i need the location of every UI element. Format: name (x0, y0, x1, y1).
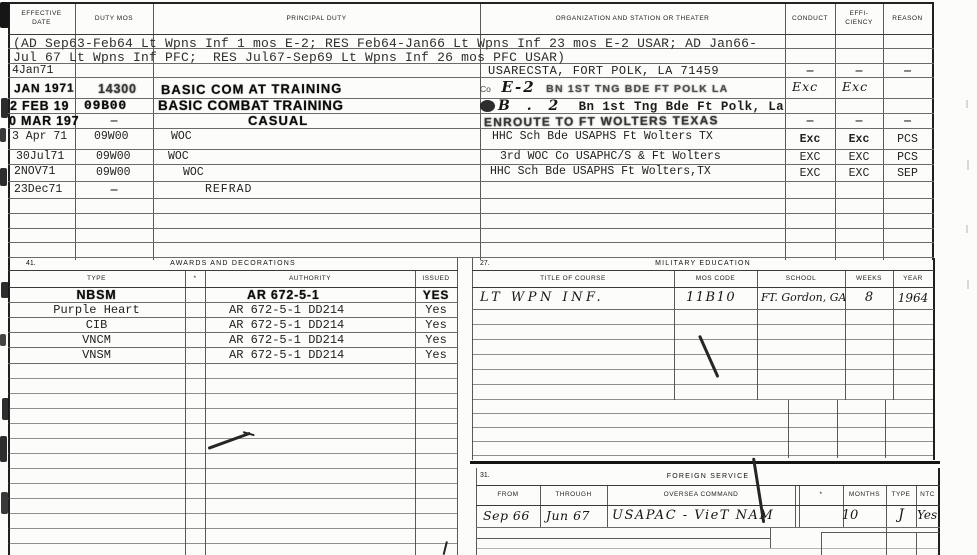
assignments-table: EFFECTIVE DATE DUTY MOS PRINCIPAL DUTY O… (8, 2, 934, 260)
cell-conduct: – (785, 114, 835, 128)
grid-line (821, 532, 822, 555)
col-header-efficiency: EFFI- CIENCY (835, 4, 883, 34)
empty-row (8, 243, 934, 258)
cell-efficiency: – (835, 64, 883, 77)
grid-line (770, 528, 771, 548)
cell-mos-code: 11B10 (686, 288, 757, 309)
cell-effective-date-stamp: JAN 1971 (14, 78, 84, 99)
award-row: VNSM AR 672-5-1 DD214 Yes (8, 348, 458, 364)
cell-reason: SEP (883, 165, 932, 181)
cell-award-issued: Yes (415, 333, 457, 347)
cell-reason: – (883, 114, 932, 128)
stamp-smudge (480, 100, 495, 112)
assignment-row: 23Dec71 – REFRAD (8, 182, 934, 199)
cell-award-type: VNSM (8, 348, 185, 363)
foreign-service-header-row: FROM THROUGH OVERSEA COMMAND * MONTHS TY… (476, 486, 940, 506)
awards-table: 41. AWARDS AND DECORATIONS TYPE * AUTHOR… (8, 258, 458, 555)
cell-year: 1964 (893, 288, 933, 309)
col-header-title-of-course: TITLE OF COURSE (472, 271, 674, 287)
cell-principal-duty-stamp: CASUAL (248, 114, 368, 128)
cell-duty-mos: 09B00 (84, 99, 152, 113)
cell-organization: HHC Sch Bde USAPHS Ft Wolters TX (492, 129, 785, 149)
cell-principal-duty: REFRAD (205, 182, 480, 198)
col-header-issued: ISSUED (415, 271, 457, 287)
cell-oversea-command: USAPAC - VieT NAM (612, 506, 795, 527)
cell-effective-date: 3 Apr 71 (12, 129, 75, 149)
cell-efficiency: EXC (835, 150, 883, 164)
cell-through: Jun 67 (546, 506, 607, 527)
scan-artifact (0, 128, 6, 142)
award-row: Purple Heart AR 672-5-1 DD214 Yes (8, 303, 458, 318)
col-header-effective-date: EFFECTIVE DATE (8, 4, 75, 34)
section-title: FOREIGN SERVICE (476, 473, 940, 480)
cell-award-issued: YES (415, 288, 457, 302)
section-title: MILITARY EDUCATION (472, 260, 934, 267)
cell-duty-mos: – (75, 182, 153, 198)
org-stamp-rest: BN 1ST TNG BDE FT POLK LA (546, 83, 728, 95)
cell-months: 10 (825, 506, 875, 527)
cell-duty-mos: 09W00 (96, 150, 153, 164)
scan-speck (966, 225, 968, 233)
cell-award-authority: AR 672-5-1 DD214 (229, 348, 415, 363)
scanned-da-form-20-page: EFFECTIVE DATE DUTY MOS PRINCIPAL DUTY O… (0, 0, 977, 555)
cell-from: Sep 66 (483, 506, 540, 527)
cell-award-type: VNCM (8, 333, 185, 347)
cell-principal-duty-stamp: BASIC COM AT TRAINING (161, 77, 481, 99)
cell-efficiency: EXC (835, 165, 883, 181)
cell-award-issued: Yes (415, 348, 457, 363)
empty-ruled-rows (472, 310, 933, 400)
col-header-oversea-command: OVERSEA COMMAND (607, 486, 795, 505)
col-header-ntc: NTC (916, 486, 939, 505)
cell-conduct: EXC (785, 150, 835, 164)
grid-line (886, 528, 887, 555)
scan-artifact (0, 436, 7, 462)
empty-row (8, 199, 934, 214)
col-header-from: FROM (476, 486, 540, 505)
scan-artifact (1, 282, 9, 298)
cell-effective-date: 30Jul71 (16, 150, 75, 164)
col-header-mos-code: MOS CODE (674, 271, 757, 287)
award-row: CIB AR 672-5-1 DD214 Yes (8, 318, 458, 333)
scan-artifact (0, 168, 7, 186)
org-handwritten: E-2 (495, 78, 541, 96)
cell-conduct: Exc (785, 129, 835, 149)
cell-organization-stamp: ENROUTE TO FT WOLTERS TEXAS (484, 113, 784, 130)
section-title: AWARDS AND DECORATIONS (8, 260, 458, 267)
grid-line (916, 532, 917, 555)
scan-artifact (2, 398, 9, 420)
cell-award-authority: AR 672-5-1 (247, 288, 415, 302)
col-header-school: SCHOOL (757, 271, 845, 287)
cell-organization: 3rd WOC Co USAPHC/S & Ft Wolters (500, 150, 785, 164)
col-header-type: TYPE (8, 271, 185, 287)
cell-conduct: – (785, 64, 835, 77)
cell-weeks: 8 (845, 288, 893, 309)
cell-effective-date: 4Jan71 (12, 64, 75, 77)
cell-organization: B . 2 Bn 1st Tng Bde Ft Polk, La (480, 99, 810, 113)
assignment-row: 2 FEB 19 09B00 BASIC COMBAT TRAINING B .… (8, 99, 934, 114)
cell-organization: HHC Sch Bde USAPHS Ft Wolters,TX (490, 165, 785, 181)
col-header-conduct: CONDUCT (785, 4, 835, 34)
cell-ntc: Yes (917, 506, 941, 527)
empty-ruled-rows (472, 400, 933, 458)
awards-section-band: 41. AWARDS AND DECORATIONS (8, 258, 458, 271)
scan-artifact (1, 98, 8, 118)
grid-line (476, 538, 770, 539)
cell-conduct: Exc (792, 78, 835, 98)
cell-principal-duty: BASIC COMBAT TRAINING (158, 99, 478, 113)
scan-speck (967, 160, 969, 170)
assignment-row: 2NOV71 09W00 WOC HHC Sch Bde USAPHS Ft W… (8, 165, 934, 182)
military-education-section-band: 27. MILITARY EDUCATION (472, 258, 934, 271)
cell-award-authority: AR 672-5-1 DD214 (229, 318, 415, 332)
cell-duty-mos-stamp: 14300 (98, 78, 158, 98)
scan-artifact (1, 492, 8, 514)
org-typed: Bn 1st Tng Bde Ft Polk, La (579, 100, 784, 114)
assignment-row: 3 Apr 71 09W00 WOC HHC Sch Bde USAPHS Ft… (8, 129, 934, 150)
cell-duty-mos: – (75, 114, 153, 128)
service-note-line-2: Jul 67 Lt Wpns Inf PFC; RES Jul67-Sep69 … (13, 50, 565, 65)
col-header-reason: REASON (883, 4, 932, 34)
cell-duty-mos: 09W00 (94, 129, 153, 149)
awards-header-row: TYPE * AUTHORITY ISSUED (8, 271, 458, 288)
award-row: VNCM AR 672-5-1 DD214 Yes (8, 333, 458, 348)
foreign-service-table: 31. FOREIGN SERVICE FROM THROUGH OVERSEA… (476, 462, 940, 555)
cell-school: FT. Gordon, GA (761, 288, 845, 309)
cell-award-issued: Yes (415, 318, 457, 332)
col-header-duty-mos: DUTY MOS (75, 4, 153, 34)
cell-effective-date: 2NOV71 (14, 165, 75, 181)
assignment-row: 30Jul71 09W00 WOC 3rd WOC Co USAPHC/S & … (8, 150, 934, 165)
col-header-months: MONTHS (843, 486, 886, 505)
assignment-row: 0 MAR 197 – CASUAL ENROUTE TO FT WOLTERS… (8, 114, 934, 129)
cell-duty-mos: 09W00 (96, 165, 153, 181)
cell-reason: – (883, 64, 932, 77)
org-co-prefix: Co (480, 84, 491, 94)
assignments-header-row: EFFECTIVE DATE DUTY MOS PRINCIPAL DUTY O… (8, 4, 934, 35)
cell-award-type: Purple Heart (8, 303, 185, 317)
col-header-weeks: WEEKS (845, 271, 893, 287)
military-education-table: 27. MILITARY EDUCATION TITLE OF COURSE M… (472, 258, 934, 460)
cell-principal-duty: WOC (171, 129, 480, 149)
col-header-year: YEAR (893, 271, 933, 287)
cell-conduct: EXC (785, 165, 835, 181)
col-header-star: * (185, 271, 205, 287)
org-handwritten: B . 2 (498, 98, 564, 114)
cell-award-type: NBSM (8, 288, 185, 302)
cell-effective-date-stamp: 2 FEB 19 (10, 99, 88, 113)
cell-title-of-course: LT WPN INF. (480, 288, 674, 309)
empty-row (8, 214, 934, 229)
foreign-service-row: Sep 66 Jun 67 USAPAC - VieT NAM 10 J Yes (476, 506, 940, 528)
col-header-type: TYPE (886, 486, 916, 505)
cell-efficiency: – (835, 114, 883, 128)
cell-efficiency: Exc (835, 129, 883, 149)
cell-efficiency: Exc (842, 78, 883, 98)
cell-award-issued: Yes (415, 303, 457, 317)
scan-artifact (0, 2, 9, 28)
col-header-principal-duty: PRINCIPAL DUTY (153, 4, 480, 34)
assignment-row: 4Jan71 USARECSTA, FORT POLK, LA 71459 – … (8, 64, 934, 78)
cell-award-type: CIB (8, 318, 185, 332)
grid-line (821, 532, 939, 533)
scan-artifact (0, 334, 6, 346)
cell-organization: Co E-2 BN 1ST TNG BDE FT POLK LA (480, 78, 790, 98)
cell-principal-duty: WOC (183, 165, 480, 181)
col-header-authority: AUTHORITY (205, 271, 415, 287)
service-note-line-1: (AD Sep63-Feb64 Lt Wpns Inf 1 mos E-2; R… (13, 36, 757, 51)
col-header-through: THROUGH (540, 486, 607, 505)
cell-effective-date: 23Dec71 (14, 182, 75, 198)
award-row: NBSM AR 672-5-1 YES (8, 288, 458, 303)
assignment-row: JAN 1971 14300 BASIC COM AT TRAINING Co … (8, 78, 934, 99)
military-education-row: LT WPN INF. 11B10 FT. Gordon, GA 8 1964 (472, 288, 934, 310)
grid-line (476, 548, 939, 549)
cell-award-authority: AR 672-5-1 DD214 (229, 303, 415, 317)
military-education-header-row: TITLE OF COURSE MOS CODE SCHOOL WEEKS YE… (472, 271, 934, 288)
scan-speck (966, 100, 968, 108)
cell-organization: USARECSTA, FORT POLK, LA 71459 (488, 64, 788, 77)
cell-reason: PCS (883, 150, 932, 164)
cell-type: J (886, 506, 916, 527)
scan-speck (967, 280, 969, 289)
cell-principal-duty: WOC (168, 150, 480, 164)
cell-award-authority: AR 672-5-1 DD214 (229, 333, 415, 347)
cell-reason: PCS (883, 129, 932, 149)
col-header-star: * (799, 486, 843, 505)
foreign-service-section-band: 31. FOREIGN SERVICE (476, 468, 940, 486)
col-header-organization: ORGANIZATION AND STATION OR THEATER (480, 4, 785, 34)
empty-ruled-rows (8, 364, 457, 554)
empty-row (8, 229, 934, 243)
